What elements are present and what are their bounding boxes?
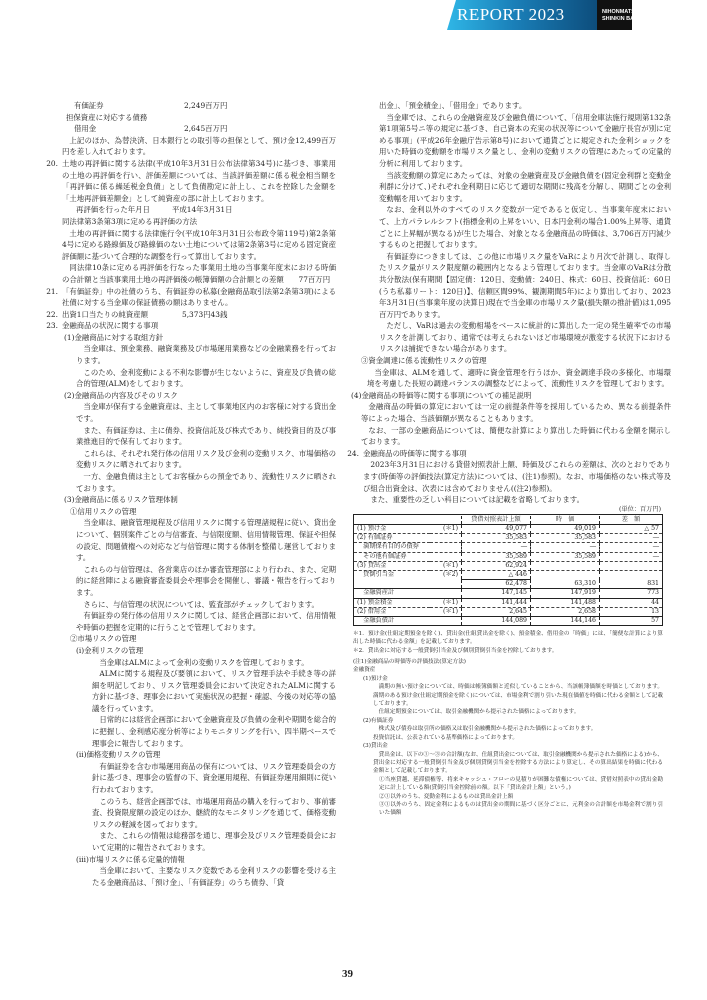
interest-risk-title: (ⅰ)金利リスクの管理 [76, 645, 336, 657]
bank-name-line1: NIHONMATSU [602, 9, 632, 16]
collateral-label: 担保資産に対応する債務 [66, 112, 176, 124]
quant-info-title: (ⅲ)市場リスクに係る定量的情報 [76, 854, 336, 866]
section-3-title: (3)金融商品に係るリスク管理体制 [64, 494, 336, 506]
item-24-p2: また、重要性の乏しい科目については記載を省略しております。 [363, 494, 671, 506]
quant-info-p1: 当金庫において、主要なリスク変数である金利リスクの影響を受ける主たる金融商品は、… [92, 865, 336, 888]
note-loans-item-3: ③①以外のうち、固定金利によるものは貸出金の期間に基づく区分ごとに、元利金の合計… [379, 801, 663, 818]
price-risk-title: (ⅱ)価格変動リスクの管理 [76, 749, 336, 761]
row-label: (1) 預金積金 [354, 598, 430, 607]
revaluation-method-text: 土地の再評価に関する法律施行令(平成10年3月31日公布政令第119号)第2条第… [62, 228, 336, 263]
table-row: (2) 借用金 (＊1) 2,645 2,658 13 [354, 607, 662, 616]
table-row: 62,478 63,310 831 [354, 580, 662, 589]
credit-risk-p2: これらの与信管理は、各営業店のほか審査管理部により行われ、また、定期的に経営陣に… [76, 564, 336, 599]
header-item [354, 516, 462, 525]
section-4-title: (4)金融商品の時価等に関する事項についての補足説明 [351, 390, 671, 402]
price-risk-p2: このうち、経営企画部では、市場運用商品の購入を行っており、事前審査、投資限度額の… [76, 796, 336, 831]
credit-risk-p3: さらに、与信管理の状況については、監査部がチェックしております。 [76, 599, 336, 611]
quant-info-p2: 当金庫では、これらの金融資産及び金融負債について、「信用金庫法施行規則第132条… [379, 112, 671, 170]
revaluation-date: 再評価を行った年月日平成14年3月31日 [76, 204, 336, 216]
row-diff: 831 [600, 580, 663, 589]
note-loans-title: (3)貸出金 [363, 742, 663, 750]
interest-risk-p2: ALMに関する規程及び要領において、リスク管理手法や手続き等の詳細を明記しており… [92, 668, 336, 714]
right-column: 出金」、「預金積金」、「借用金」であります。 当金庫では、これらの金融資産及び金… [367, 100, 671, 818]
table-row: (2) 有価証券 35,583 35,583 ― [354, 534, 662, 543]
row-fv [531, 561, 600, 570]
row-bs: 147,145 [462, 589, 531, 598]
header-bs-amount: 貸借対照表計上額 [462, 516, 531, 525]
row-note [430, 589, 462, 598]
note-securities-p1: 株式及び債券は取引所の価格又は取引金融機関から提示された価格によっております。 [373, 725, 663, 733]
row-bs: 62,924 [462, 561, 531, 570]
quant-info-p3: 当該変動額の算定にあたっては、対象の金融資産及び金融負債を(固定金利群と変動金利… [379, 170, 671, 205]
collateral-value: 2,249百万円 [184, 100, 227, 112]
row-fv: 147,919 [531, 589, 600, 598]
note-loans-item-2: ②①以外のうち、変動金利によるものは貸出金計上額 [379, 793, 663, 801]
row-note: (＊1) [430, 524, 462, 533]
row-diff: ― [600, 543, 663, 552]
liquidity-risk-title: ③資金調達に係る流動性リスクの管理 [361, 355, 671, 367]
note-1-subtitle: 金融資産 [353, 666, 663, 674]
row-fv: 35,583 [531, 534, 600, 543]
row-label: 貸倒引当金 [354, 571, 430, 580]
item-22: 22. 出資1口当たりの純資産額5,373円43銭 [40, 309, 336, 321]
credit-risk-p4: 有価証券の発行体の信用リスクに関しては、経営企画部において、信用情報や時価の把握… [76, 610, 336, 633]
header-difference: 差 額 [600, 516, 663, 525]
row-bs: ― [462, 543, 531, 552]
row-bs: 2,645 [462, 607, 531, 616]
header-fair-value: 時 価 [531, 516, 600, 525]
row-fv: 63,310 [531, 580, 600, 589]
row-diff: ― [600, 534, 663, 543]
note-1-title: (注1)金融商品の時価等の評価技法(算定方法) [353, 658, 663, 666]
row-bs: 35,589 [462, 552, 531, 561]
item-23: 23. 金融商品の状況に関する事項 (1)金融商品に対する取組方針 当金庫は、預… [40, 320, 336, 888]
section-2-p4: 一方、金融負債は主としてお客様からの預金であり、流動性リスクに晒されております。 [76, 471, 336, 494]
row-fv: 2,658 [531, 607, 600, 616]
section-1-p2: このため、金利変動による不利な影響が生じないように、資産及び負債の総合的管理(A… [76, 367, 336, 390]
quant-info-p5: 有価証券につきましては、この他に市場リスク量をVaRにより月次で計測し、取得した… [379, 251, 671, 321]
item-number: 21. [40, 286, 62, 309]
row-label [354, 580, 430, 589]
row-note [430, 617, 462, 626]
section-2-p1: 当金庫が保有する金融資産は、主として事業地区内のお客様に対する貸出金です。 [76, 401, 336, 424]
row-bs: 49,077 [462, 524, 531, 533]
section-2-p2: また、有価証券は、主に債券、投資信託及び株式であり、純投資目的及び事業推進目的で… [76, 425, 336, 448]
item-21-text: 「有価証券」中の社債のうち、有価証券の私募(金融商品取引法第2条第3項)による社… [62, 286, 336, 309]
section-1-title: (1)金融商品に対する取組方針 [64, 332, 336, 344]
row-note [430, 580, 462, 589]
table-row: 貸倒引当金 (＊2) △ 446 [354, 571, 662, 580]
row-note: (＊2) [430, 571, 462, 580]
quant-info-p4: なお、金利以外のすべてのリスク変数が一定であると仮定し、当事業年度末において、上… [379, 204, 671, 250]
row-diff: 773 [600, 589, 663, 598]
section-4-p2: なお、一部の金融商品については、簡便な計算により算出した時価に代わる金額を開示し… [361, 425, 671, 448]
table-row: 満期保有目的の債券 ― ― ― [354, 543, 662, 552]
collateral-row: 担保資産に対応する債務 [66, 112, 336, 124]
item-24-title: 金融商品の時価等に関する事項 [363, 448, 671, 460]
credit-risk-p1: 当金庫は、融資管理規程及び信用リスクに関する管理諸規程に従い、貸出金について、個… [76, 517, 336, 563]
row-note [430, 552, 462, 561]
row-diff [600, 561, 663, 570]
row-label: 金融負債計 [354, 617, 430, 626]
row-diff: △ 57 [600, 524, 663, 533]
bank-name-line2: SHINKIN BANK [602, 16, 632, 23]
table-unit: (単位：百万円) [353, 506, 661, 514]
row-fv: 144,146 [531, 617, 600, 626]
table-row-total: 金融負債計 144,089 144,146 57 [354, 617, 662, 626]
quant-info-continued: 出金」、「預金積金」、「借用金」であります。 [379, 100, 671, 112]
row-fv: 141,488 [531, 598, 600, 607]
row-diff [600, 571, 663, 580]
price-risk-p1: 有価証券を含む市場運用商品の保有については、リスク管理委員会の方針に基づき、理事… [92, 761, 336, 796]
collateral-row: 借用金2,645百万円 [74, 123, 336, 135]
table-header: 貸借対照表計上額 時 価 差 額 [354, 516, 662, 525]
liquidity-risk-p1: 当金庫は、ALMを通して、適時に資金管理を行うほか、資金調達手段の多様化、市場環… [367, 367, 671, 390]
row-label: 満期保有目的の債券 [354, 543, 430, 552]
row-label: (2) 有価証券 [354, 534, 430, 543]
table-footnotes: ＊1．預け金(仕組定期預金を除く)、貸出金(仕組貸出金を除く)、預金積金、借用金… [353, 630, 663, 818]
collateral-label: 有価証券 [74, 100, 184, 112]
note-deposits-title: (1)預け金 [363, 675, 663, 683]
row-label: その他有価証券 [354, 552, 430, 561]
row-fv [531, 571, 600, 580]
market-risk-title: ②市場リスクの管理 [70, 633, 336, 645]
row-diff: 57 [600, 617, 663, 626]
row-note [430, 534, 462, 543]
table-row: その他有価証券 35,589 35,589 ― [354, 552, 662, 561]
section-1-p1: 当金庫は、預金業務、融資業務及び市場運用業務などの金融業務を行っております。 [76, 343, 336, 366]
row-note: (＊1) [430, 607, 462, 616]
row-diff: 13 [600, 607, 663, 616]
report-header: REPORT 2023 NIHONMATSU SHINKIN BANK [447, 0, 707, 30]
item-21: 21. 「有価証券」中の社債のうち、有価証券の私募(金融商品取引法第2条第3項)… [40, 286, 336, 309]
section-2-p3: これらは、それぞれ発行体の信用リスク及び金利の変動リスク、市場価格の変動リスクに… [76, 448, 336, 471]
item-24-p1: 2023年3月31日における貸借対照表計上額、時価及びこれらの差額は、次のとおり… [363, 459, 671, 494]
left-column: 有価証券2,249百万円 担保資産に対応する債務 借用金2,645百万円 上記の… [40, 100, 336, 888]
note-deposits-p1: 満期の無い預け金については、時価は帳簿価額と近似していることから、当該帳簿価額を… [373, 683, 663, 708]
quant-info-p6: ただし、VaRは過去の変動相場をベースに統計的に算出した一定の発生確率での市場リ… [379, 320, 671, 355]
row-fv: 49,019 [531, 524, 600, 533]
note-loans-item-1: ①当座貸越、延滞債権等、将来キャッシュ・フローの見積りが困難な債権については、貸… [379, 776, 663, 793]
bank-logo: NIHONMATSU SHINKIN BANK [597, 0, 632, 30]
revaluation-date-label: 再評価を行った年月日 [76, 204, 172, 216]
fair-value-table: 貸借対照表計上額 時 価 差 額 (1) 預け金 (＊1) 49,077 49,… [353, 514, 663, 626]
revaluation-diff-label: 同法律10条に定める再評価を行なった事業用土地の当事業年度末における時価の合計額… [62, 263, 336, 284]
table-row: (3) 貸出金 (＊1) 62,924 [354, 561, 662, 570]
collateral-row: 有価証券2,249百万円 [74, 100, 336, 112]
row-fv: 35,589 [531, 552, 600, 561]
row-diff: ― [600, 552, 663, 561]
note-loans-p1: 貸出金は、以下の①～③の合計額(なお、仕組貸出金については、取引金融機関から提示… [373, 751, 663, 776]
item-20-text: 土地の再評価に関する法律(平成10年3月31日公布法律第34号)に基づき、事業用… [62, 158, 336, 204]
revaluation-diff-text: 同法律10条に定める再評価を行なった事業用土地の当事業年度末における時価の合計額… [62, 262, 336, 285]
row-bs: 141,444 [462, 598, 531, 607]
footnote-1: ＊1．預け金(仕組定期預金を除く)、貸出金(仕組貸出金を除く)、預金積金、借用金… [353, 630, 663, 647]
price-risk-p3: また、これらの情報は総務部を通じ、理事会及びリスク管理委員会において定期的に報告… [92, 830, 336, 853]
item-23-title: 金融商品の状況に関する事項 [62, 320, 336, 332]
item-24: 24. 金融商品の時価等に関する事項 2023年3月31日における貸借対照表計上… [341, 448, 671, 506]
report-title: REPORT 2023 [457, 5, 565, 25]
row-bs: 35,583 [462, 534, 531, 543]
credit-risk-title: ①信用リスクの管理 [70, 506, 336, 518]
page-number: 39 [342, 968, 353, 980]
interest-risk-p1: 当金庫はALMによって金利の変動リスクを管理しております。 [92, 657, 336, 669]
revaluation-date-value: 平成14年3月31日 [172, 204, 232, 216]
note-securities-p2: 投資信託は、公表されている基準価格によっております。 [373, 734, 663, 742]
row-note: (＊1) [430, 561, 462, 570]
row-note: (＊1) [430, 598, 462, 607]
collateral-label: 借用金 [74, 123, 184, 135]
item-20: 20. 土地の再評価に関する法律(平成10年3月31日公布法律第34号)に基づき… [40, 158, 336, 286]
row-bs: 62,478 [462, 580, 531, 589]
item-22-label: 出資1口当たりの純資産額 [62, 309, 182, 321]
item-number: 22. [40, 309, 62, 321]
table-row: (1) 預け金 (＊1) 49,077 49,019 △ 57 [354, 524, 662, 533]
table-row: (1) 預金積金 (＊1) 141,444 141,488 44 [354, 598, 662, 607]
collateral-value: 2,645百万円 [184, 123, 227, 135]
revaluation-diff-value: 77百万円 [299, 275, 331, 284]
interest-risk-p3: 日常的には経営企画部において金融資産及び負債の金利や期間を総合的に把握し、金利感… [92, 714, 336, 749]
row-label: (1) 預け金 [354, 524, 430, 533]
row-diff: 44 [600, 598, 663, 607]
note-deposits-p2: 仕組定期預金については、取引金融機関から提示された価格によっております。 [373, 708, 663, 716]
revaluation-method-title: 同法律第3条第3項に定める再評価の方法 [62, 216, 336, 228]
row-bs: 144,089 [462, 617, 531, 626]
note-securities-title: (2)有価証券 [363, 717, 663, 725]
footnote-2: ＊2．貸出金に対応する一般貸倒引当金及び個別貸倒引当金を控除しております。 [353, 647, 663, 655]
section-4-p1: 金融商品の時価の算定においては一定の前提条件等を採用しているため、異なる前提条件… [361, 401, 671, 424]
item-number: 24. [341, 448, 363, 506]
row-note [430, 543, 462, 552]
row-fv: ― [531, 543, 600, 552]
row-bs: △ 446 [462, 571, 531, 580]
section-2-title: (2)金融商品の内容及びそのリスク [64, 390, 336, 402]
item-22-value: 5,373円43銭 [182, 309, 227, 321]
row-label: (3) 貸出金 [354, 561, 430, 570]
table-row-total: 金融資産計 147,145 147,919 773 [354, 589, 662, 598]
row-label: 金融資産計 [354, 589, 430, 598]
row-label: (2) 借用金 [354, 607, 430, 616]
item-number: 23. [40, 320, 62, 888]
item-number: 20. [40, 158, 62, 286]
collateral-note: 上記のほか、為替決済、日本銀行との取引等の担保として、預け金12,499百万円を… [62, 135, 336, 158]
